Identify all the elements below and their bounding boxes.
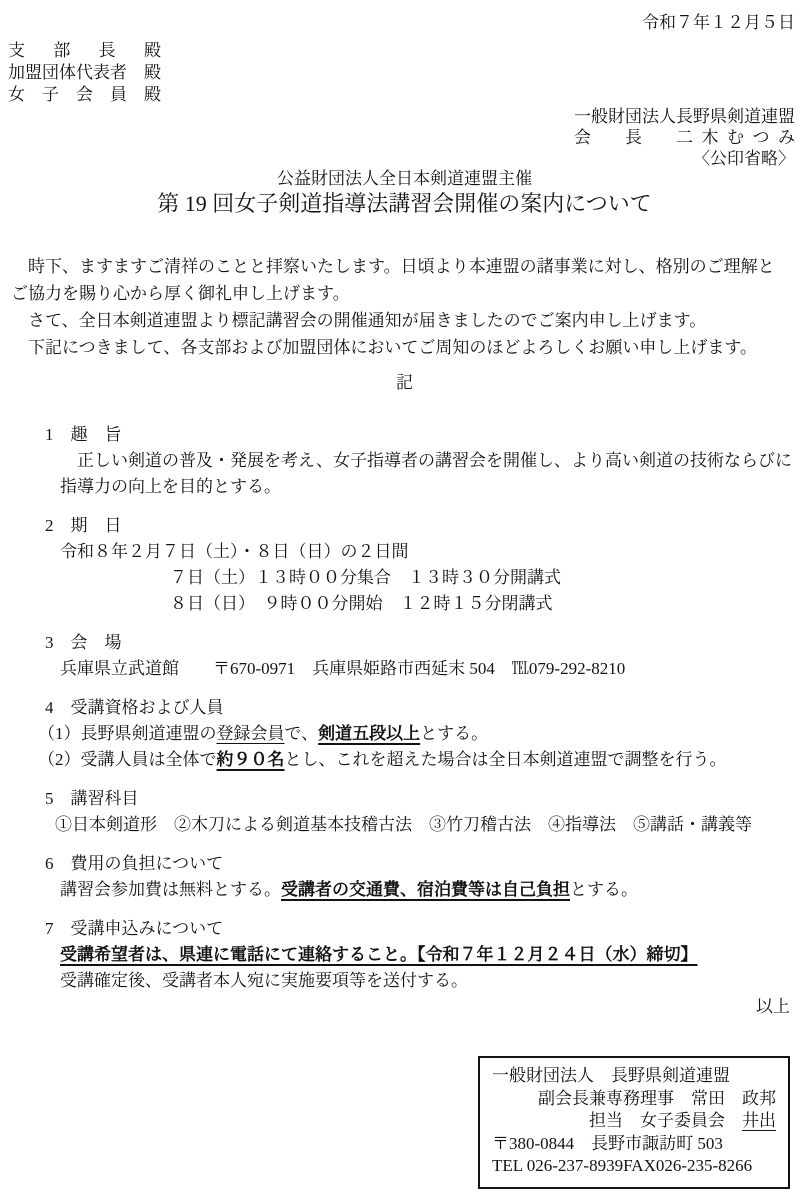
section-heading: 1 趣 旨 (45, 422, 809, 448)
section-eligibility: 4 受講資格および人員 （1）長野県剣道連盟の登録会員で、剣道五段以上とする。 … (0, 695, 809, 773)
section-subjects: 5 講習科目 ①日本剣道形 ②木刀による剣道基本技稽古法 ③竹刀稽古法 ④指導法… (0, 786, 809, 838)
underlined-segment: 登録会員 (217, 724, 285, 743)
section-line: ８日（日） ９時００分開始 １２時１５分閉講式 (170, 591, 809, 617)
section-line: 正しい剣道の普及・発展を考え、女子指導者の講習会を開催し、より高い剣道の技術なら… (60, 448, 809, 474)
section-line: ７日（土）１３時００分集合 １３時３０分開講式 (170, 565, 809, 591)
section-heading: 4 受講資格および人員 (45, 695, 809, 721)
contact-address: 〒380-0844 長野市諏訪町 503 (492, 1133, 776, 1156)
application-followup-line: 受講確定後、受講者本人宛に実施要項等を送付する。 (60, 968, 809, 994)
section-heading: 5 講習科目 (45, 786, 809, 812)
text-segment: とし、これを超えた場合は全日本剣道連盟で調整を行う。 (285, 750, 727, 769)
text-segment: 担当 女子委員会 (589, 1111, 742, 1130)
greeting-line: さて、全日本剣道連盟より標記講習会の開催通知が届きましたのでご案内申し上げます。 (11, 307, 795, 334)
emphasized-segment: 受講者の交通費、宿泊費等は自己負担 (281, 880, 570, 899)
greeting-line: ご協力を賜り心から厚く御礼申し上げます。 (11, 280, 795, 307)
section-dates: 2 期 日 令和８年２月７日（土）・８日（日）の２日間 ７日（土）１３時００分集… (0, 513, 809, 617)
subjects-line: ①日本剣道形 ②木刀による剣道基本技稽古法 ③竹刀稽古法 ④指導法 ⑤講話・講義… (55, 812, 809, 838)
section-heading: 6 費用の負担について (45, 851, 809, 877)
section-application: 7 受講申込みについて 受講希望者は、県連に電話にて連絡すること。【令和７年１２… (0, 916, 809, 994)
text-segment: 講習会参加費は無料とする。 (60, 880, 281, 899)
recipient-block: 支 部 長 殿 加盟団体代表者 殿 女 子 会 員 殿 (8, 40, 161, 106)
contact-organization: 一般財団法人 長野県剣道連盟 (492, 1065, 776, 1088)
greeting-line: 下記につきまして、各支部および加盟団体においてご周知のほどよろしくお願い申し上げ… (11, 334, 795, 361)
document-page: 令和７年１２月５日 支 部 長 殿 加盟団体代表者 殿 女 子 会 員 殿 一般… (0, 0, 809, 1200)
eligibility-item-2: （2）受講人員は全体で約９０名とし、これを超えた場合は全日本剣道連盟で調整を行う… (38, 747, 809, 773)
sender-organization: 一般財団法人長野県剣道連盟 (574, 106, 795, 127)
emphasized-segment: 受講希望者は、県連に電話にて連絡すること。【令和７年１２月２４日（水）締切】 (60, 945, 698, 964)
eligibility-item-1: （1）長野県剣道連盟の登録会員で、剣道五段以上とする。 (38, 721, 809, 747)
section-venue: 3 会 場 兵庫県立武道館 〒670-0971 兵庫県姫路市西延末 504 ℡0… (0, 630, 809, 682)
emphasized-segment: 剣道五段以上 (318, 724, 420, 743)
section-heading: 2 期 日 (45, 513, 809, 539)
sender-block: 一般財団法人長野県剣道連盟 会 長 二木むつみ 〈公印省略〉 (574, 106, 795, 169)
section-costs: 6 費用の負担について 講習会参加費は無料とする。受講者の交通費、宿泊費等は自己… (0, 851, 809, 903)
recipient-female-members: 女 子 会 員 殿 (8, 84, 161, 106)
greeting-paragraph: 時下、ますますご清祥のことと拝察いたします。日頃より本連盟の諸事業に対し、格別の… (11, 253, 795, 361)
issue-date: 令和７年１２月５日 (0, 12, 809, 34)
text-segment: とする。 (420, 724, 488, 743)
greeting-line: 時下、ますますご清祥のことと拝察いたします。日頃より本連盟の諸事業に対し、格別の… (11, 253, 795, 280)
venue-address-line: 兵庫県立武道館 〒670-0971 兵庫県姫路市西延末 504 ℡079-292… (60, 656, 809, 682)
emphasized-segment: 約９０名 (217, 750, 285, 769)
application-deadline-line: 受講希望者は、県連に電話にて連絡すること。【令和７年１２月２４日（水）締切】 (60, 942, 809, 968)
section-heading: 3 会 場 (45, 630, 809, 656)
record-mark: 記 (0, 369, 809, 396)
text-segment: とする。 (570, 880, 638, 899)
notice-body: 1 趣 旨 正しい剣道の普及・発展を考え、女子指導者の講習会を開催し、より高い剣… (0, 422, 809, 994)
section-line: 令和８年２月７日（土）・８日（日）の２日間 (60, 539, 809, 565)
recipient-branch-heads: 支 部 長 殿 (8, 40, 161, 62)
closing-mark: 以上 (0, 994, 809, 1020)
section-line: 指導力の向上を目的とする。 (60, 474, 809, 500)
underlined-segment: 井出 (742, 1111, 776, 1130)
contact-box: 一般財団法人 長野県剣道連盟 副会長兼専務理事 常田 政邦 担当 女子委員会 井… (478, 1056, 790, 1189)
costs-line: 講習会参加費は無料とする。受講者の交通費、宿泊費等は自己負担とする。 (60, 877, 809, 903)
contact-person: 担当 女子委員会 井出 (492, 1110, 776, 1133)
seal-omitted-note: 〈公印省略〉 (574, 148, 795, 169)
text-segment: で、 (285, 724, 319, 743)
text-segment: （2）受講人員は全体で (38, 750, 217, 769)
text-segment: （1）長野県剣道連盟の (38, 724, 217, 743)
host-organization-line: 公益財団法人全日本剣道連盟主催 (0, 169, 809, 189)
section-heading: 7 受講申込みについて (45, 916, 809, 942)
recipient-member-org-reps: 加盟団体代表者 殿 (8, 62, 161, 84)
sender-president: 会 長 二木むつみ (574, 127, 795, 148)
document-title: 第 19 回女子剣道指導法講習会開催の案内について (0, 189, 809, 219)
section-purpose: 1 趣 旨 正しい剣道の普及・発展を考え、女子指導者の講習会を開催し、より高い剣… (0, 422, 809, 500)
contact-vice-president: 副会長兼専務理事 常田 政邦 (492, 1088, 776, 1111)
contact-tel-fax: TEL 026-237-8939FAX026-235-8266 (492, 1155, 776, 1178)
